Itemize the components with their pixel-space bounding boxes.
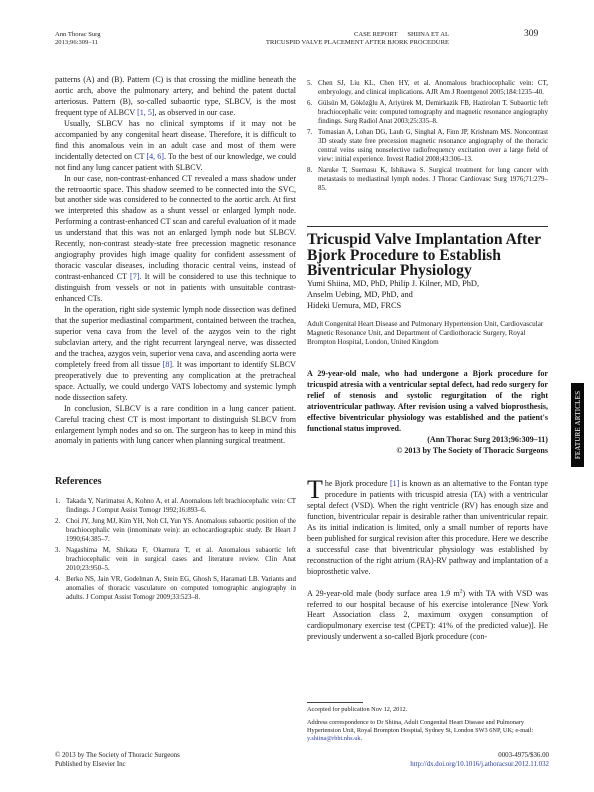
footer-right: 0003-4975/$36.00 http://dx.doi.org/10.10…	[410, 752, 549, 769]
footnote-rule	[307, 702, 363, 703]
abstract-copyright: © 2013 by The Society of Thoracic Surgeo…	[307, 445, 548, 456]
footer-publisher: Published by Elsevier Inc	[55, 761, 180, 770]
authors-short: SHIINA ET AL	[407, 31, 449, 38]
citation-link[interactable]: [1, 5]	[137, 108, 154, 117]
paragraph: Usually, SLBCV has no clinical symptoms …	[55, 119, 296, 174]
reference-item: 7.Tomasian A, Lohan DG, Laub G, Singhal …	[307, 128, 548, 164]
journal-citation-header: Ann Thorac Surg 2013;96:309–11	[55, 31, 101, 47]
reference-item: 5.Chen SJ, Liu KL, Chen HY, et al. Anoma…	[307, 79, 548, 97]
citation-link[interactable]: [7]	[130, 272, 139, 281]
references-list-continued: 5.Chen SJ, Liu KL, Chen HY, et al. Anoma…	[307, 79, 548, 193]
case-paragraph: A 29-year-old male (body surface area 1.…	[307, 589, 548, 644]
reference-item: 6.Gülsün M, Göközğlu A, Ariyürek M, Demi…	[307, 99, 548, 126]
paragraph: In conclusion, SLBCV is a rare condition…	[55, 404, 296, 448]
issn-price: 0003-4975/$36.00	[410, 752, 549, 761]
author-affiliation: Adult Congenital Heart Disease and Pulmo…	[307, 320, 552, 347]
right-column-references: 5.Chen SJ, Liu KL, Chen HY, et al. Anoma…	[307, 79, 548, 195]
footer-copyright: © 2013 by The Society of Thoracic Surgeo…	[55, 752, 180, 761]
accepted-date: Accepted for publication Nov 12, 2012.	[307, 706, 552, 714]
running-title: TRICUSPID VALVE PLACEMENT AFTER BJORK PR…	[149, 39, 449, 47]
paragraph: In the operation, right side systemic ly…	[55, 305, 296, 404]
paragraph: In our case, non-contrast-enhanced CT re…	[55, 174, 296, 305]
left-column: patterns (A) and (B). Pattern (C) is tha…	[55, 75, 296, 604]
footer-left: © 2013 by The Society of Thoracic Surgeo…	[55, 752, 180, 769]
section-divider	[307, 226, 548, 227]
citation-link[interactable]: [8]	[163, 360, 172, 369]
intro-paragraph: The Bjork procedure [1] is known as an a…	[307, 479, 548, 578]
abstract-citation: (Ann Thorac Surg 2013;96:309–11)	[307, 434, 548, 445]
feature-articles-label: FEATURE ARTICLES	[574, 391, 582, 459]
running-header: CASE REPORTSHIINA ET AL TRICUSPID VALVE …	[149, 31, 449, 47]
paragraph: patterns (A) and (B). Pattern (C) is tha…	[55, 75, 296, 119]
doi-link[interactable]: http://dx.doi.org/10.1016/j.athoracsur.2…	[410, 761, 549, 768]
citation-link[interactable]: [1]	[390, 479, 399, 488]
email-link[interactable]: y.shiina@rbht.nhs.uk	[307, 735, 361, 742]
abstract-text: A 29-year-old male, who had undergone a …	[307, 368, 548, 434]
references-heading: References	[55, 477, 296, 488]
abstract: A 29-year-old male, who had undergone a …	[307, 368, 548, 456]
reference-item: 1.Takada Y, Narimatsu A, Kohno A, et al.…	[55, 497, 296, 515]
section-label: CASE REPORT	[354, 31, 397, 38]
article-title: Tricuspid Valve Implantation After Bjork…	[307, 232, 557, 279]
reference-item: 2.Choi JY, Jung MJ, Kim YH, Noh CI, Yun …	[55, 517, 296, 544]
reference-item: 3.Nagashima M, Shikata F, Okamura T, et …	[55, 546, 296, 573]
correspondence-address: Address correspondence to Dr Shiina, Adu…	[307, 719, 552, 743]
drop-cap: T	[307, 480, 323, 500]
reference-item: 4.Berko NS, Jain VR, Godelman A, Stein E…	[55, 575, 296, 602]
journal-name: Ann Thorac Surg	[55, 31, 101, 39]
volume-pages: 2013;96:309–11	[55, 39, 101, 47]
article-body: The Bjork procedure [1] is known as an a…	[307, 479, 548, 643]
feature-articles-tab: FEATURE ARTICLES	[571, 383, 584, 467]
article-authors: Yumi Shiina, MD, PhD, Philip J. Kilner, …	[307, 278, 552, 312]
reference-item: 8.Naruke T, Suemasu K, Ishikawa S. Surgi…	[307, 166, 548, 193]
references-list: 1.Takada Y, Narimatsu A, Kohno A, et al.…	[55, 497, 296, 602]
citation-link[interactable]: [4, 6]	[146, 152, 164, 161]
page-number: 309	[524, 29, 538, 39]
footnotes: Accepted for publication Nov 12, 2012. A…	[307, 706, 552, 748]
